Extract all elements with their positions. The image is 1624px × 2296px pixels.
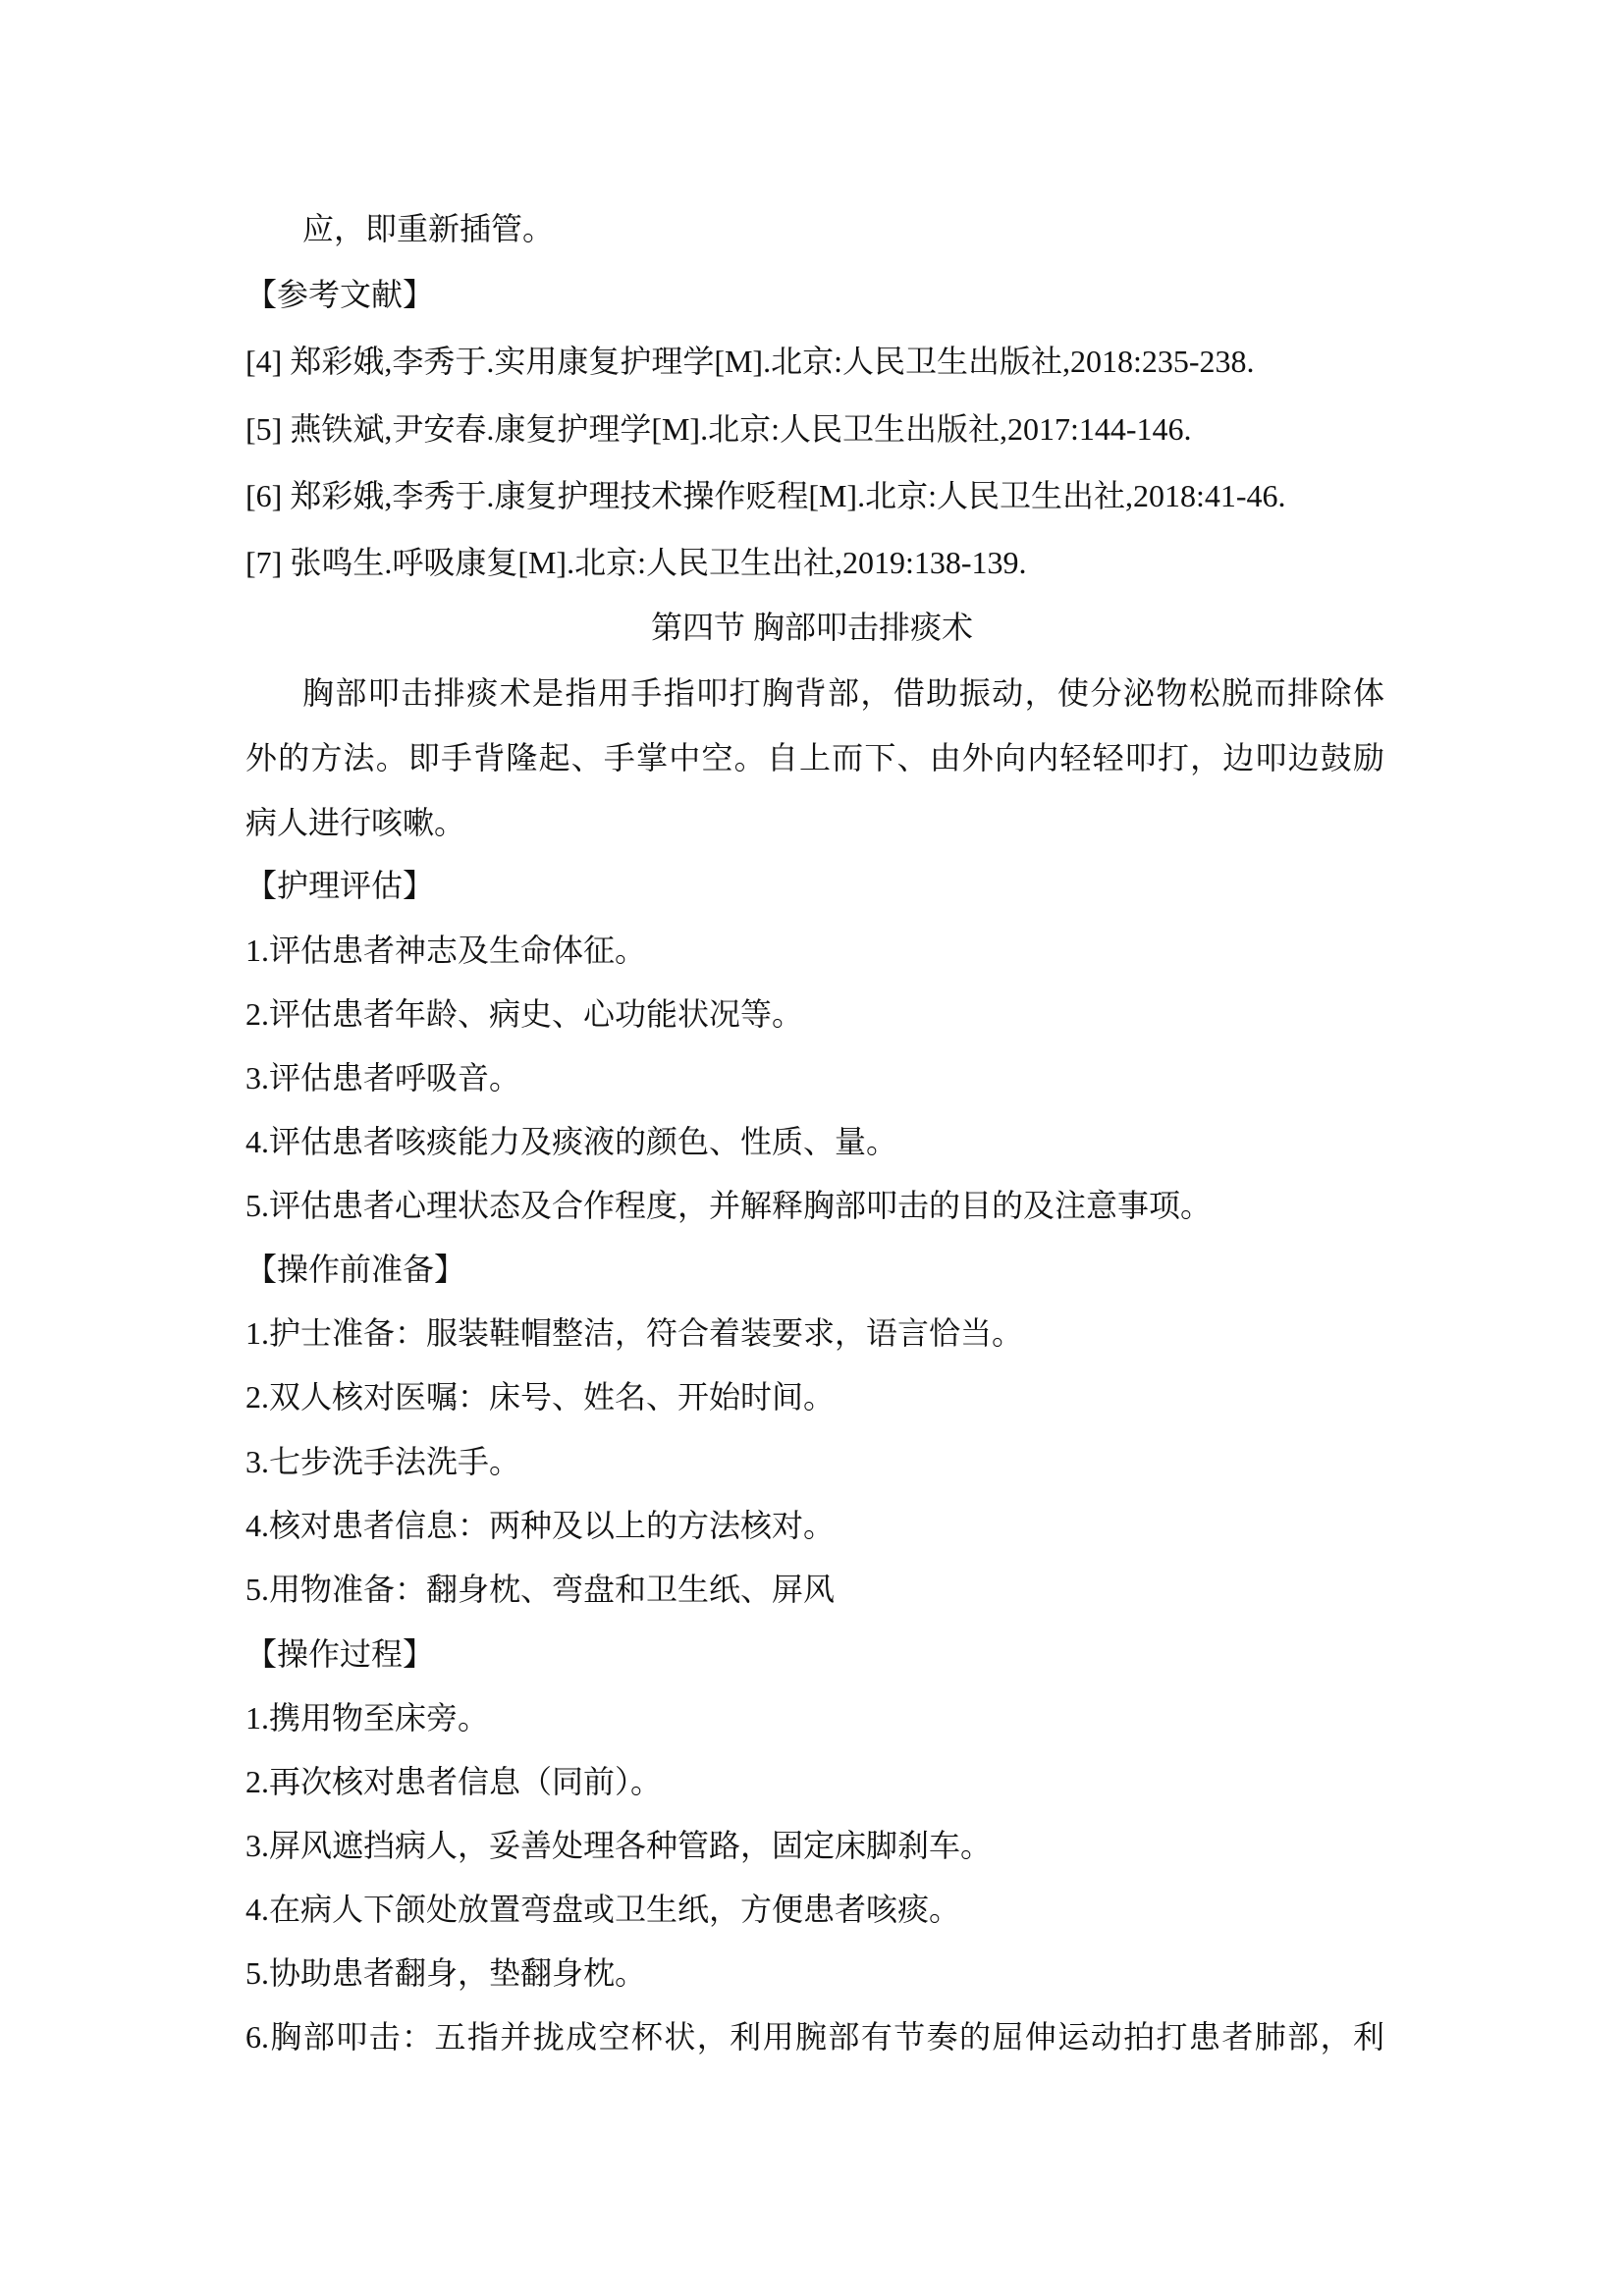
assessment-item: 1.评估患者神志及生命体征。 <box>245 931 1384 970</box>
procedure-heading: 【操作过程】 <box>245 1634 1384 1674</box>
reference-item: [5] 燕铁斌,尹安春.康复护理学[M].北京:人民卫生出版社,2017:144… <box>245 409 1384 449</box>
assessment-item: 3.评估患者呼吸音。 <box>245 1058 1384 1097</box>
document-page: 应，即重新插管。 【参考文献】 [4] 郑彩娥,李秀于.实用康复护理学[M].北… <box>0 0 1624 2296</box>
intro-paragraph-line: 胸部叩击排痰术是指用手指叩打胸背部，借助振动，使分泌物松脱而排除体 <box>302 673 1384 713</box>
procedure-item: 5.协助患者翻身，垫翻身枕。 <box>245 1953 1384 1993</box>
section-title: 第四节 胸部叩击排痰术 <box>0 608 1624 647</box>
preparation-item: 4.核对患者信息：两种及以上的方法核对。 <box>245 1506 1384 1545</box>
intro-paragraph-line: 病人进行咳嗽。 <box>245 803 1384 842</box>
preparation-item: 5.用物准备：翻身枕、弯盘和卫生纸、屏风 <box>245 1570 1384 1609</box>
assessment-item: 4.评估患者咳痰能力及痰液的颜色、性质、量。 <box>245 1122 1384 1161</box>
procedure-item: 1.携用物至床旁。 <box>245 1698 1384 1737</box>
procedure-item: 2.再次核对患者信息（同前）。 <box>245 1762 1384 1801</box>
procedure-item: 3.屏风遮挡病人，妥善处理各种管路，固定床脚刹车。 <box>245 1826 1384 1865</box>
reference-item: [7] 张鸣生.呼吸康复[M].北京:人民卫生出社,2019:138-139. <box>245 543 1384 582</box>
preparation-item: 3.七步洗手法洗手。 <box>245 1442 1384 1481</box>
preparation-item: 2.双人核对医嘱：床号、姓名、开始时间。 <box>245 1377 1384 1416</box>
preparation-item: 1.护士准备：服装鞋帽整洁，符合着装要求，语言恰当。 <box>245 1313 1384 1353</box>
assessment-item: 5.评估患者心理状态及合作程度，并解释胸部叩击的目的及注意事项。 <box>245 1186 1384 1225</box>
assessment-item: 2.评估患者年龄、病史、心功能状况等。 <box>245 994 1384 1034</box>
procedure-item: 4.在病人下颌处放置弯盘或卫生纸，方便患者咳痰。 <box>245 1890 1384 1929</box>
preparation-heading: 【操作前准备】 <box>245 1250 1384 1289</box>
intro-paragraph-line: 外的方法。即手背隆起、手掌中空。自上而下、由外向内轻轻叩打，边叩边鼓励 <box>245 738 1384 777</box>
reference-item: [4] 郑彩娥,李秀于.实用康复护理学[M].北京:人民卫生出版社,2018:2… <box>245 342 1384 381</box>
procedure-item: 6.胸部叩击：五指并拢成空杯状，利用腕部有节奏的屈伸运动拍打患者肺部，利 <box>245 2017 1384 2056</box>
reference-item: [6] 郑彩娥,李秀于.康复护理技术操作贬程[M].北京:人民卫生出社,2018… <box>245 476 1384 515</box>
continuation-line: 应，即重新插管。 <box>302 209 1441 248</box>
references-heading: 【参考文献】 <box>245 275 1384 314</box>
assessment-heading: 【护理评估】 <box>245 866 1384 905</box>
